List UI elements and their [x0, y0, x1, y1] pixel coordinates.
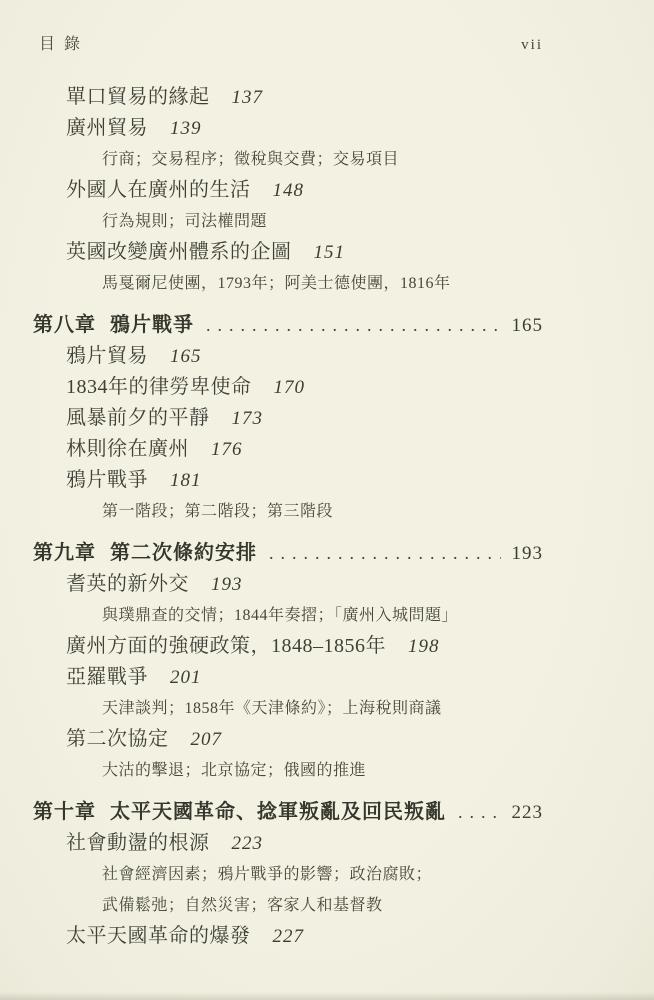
- toc-section-row: 鴉片貿易165: [33, 341, 543, 372]
- toc-subentry-row: 天津談判；1858年《天津條約》；上海稅則商議: [33, 693, 543, 724]
- entry-title: 行為規則；司法權問題: [102, 213, 267, 230]
- toc-section-row: 林則徐在廣州176: [33, 434, 543, 465]
- entry-title: 風暴前夕的平靜: [66, 407, 210, 429]
- chapter-page-number: 223: [509, 797, 543, 828]
- entry-title: 太平天國革命的爆發: [66, 925, 251, 947]
- entry-page-number: 173: [232, 408, 264, 429]
- chapter-title: 太平天國革命、捻軍叛亂及回民叛亂: [110, 797, 446, 828]
- toc-subentry-row: 與璞鼎查的交情；1844年奏摺；「廣州入城問題」: [33, 600, 543, 631]
- toc-list: 單口貿易的緣起137廣州貿易139行商；交易程序；徵稅與交費；交易項目外國人在廣…: [33, 82, 543, 952]
- chapter-page-number: 165: [509, 310, 543, 341]
- entry-title: 大沽的擊退；北京協定；俄國的推進: [102, 762, 366, 779]
- chapter-number-label: 第八章: [33, 310, 96, 341]
- toc-section-row: 鴉片戰爭181: [33, 465, 543, 496]
- dot-leader: ........................................…: [206, 310, 501, 341]
- entry-title: 鴉片貿易: [66, 345, 148, 367]
- entry-title: 廣州貿易: [66, 117, 148, 139]
- entry-page-number: 207: [191, 729, 223, 750]
- entry-title: 武備鬆弛；自然災害；客家人和基督教: [102, 897, 383, 914]
- chapter-title: 第二次條約安排: [110, 538, 257, 569]
- entry-page-number: 223: [232, 833, 264, 854]
- entry-title: 社會經濟因素；鴉片戰爭的影響；政治腐敗；: [102, 866, 432, 883]
- toc-section-row: 社會動盪的根源223: [33, 828, 543, 859]
- toc-subentry-row: 社會經濟因素；鴉片戰爭的影響；政治腐敗；: [33, 859, 543, 890]
- entry-page-number: 227: [273, 926, 305, 947]
- entry-title: 鴉片戰爭: [66, 469, 148, 491]
- running-header: 目錄 vii: [33, 34, 543, 56]
- toc-section-row: 太平天國革命的爆發227: [33, 921, 543, 952]
- toc-chapter-row: 第八章鴉片戰爭.................................…: [33, 310, 543, 341]
- toc-section-row: 風暴前夕的平靜173: [33, 403, 543, 434]
- entry-title: 外國人在廣州的生活: [66, 179, 251, 201]
- toc-subentry-row: 行商；交易程序；徵稅與交費；交易項目: [33, 144, 543, 175]
- entry-page-number: 151: [314, 242, 346, 263]
- entry-title: 第二次協定: [66, 728, 169, 750]
- toc-section-row: 廣州方面的強硬政策，1848–1856年198: [33, 631, 543, 662]
- folio-page-number: vii: [521, 34, 543, 56]
- entry-page-number: 176: [211, 439, 243, 460]
- toc-chapter-row: 第十章太平天國革命、捻軍叛亂及回民叛亂.....................…: [33, 797, 543, 828]
- running-header-title: 目錄: [39, 34, 89, 56]
- entry-title: 與璞鼎查的交情；1844年奏摺；「廣州入城問題」: [102, 607, 458, 624]
- entry-page-number: 181: [170, 470, 202, 491]
- entry-page-number: 139: [170, 118, 202, 139]
- toc-chapter-row: 第九章第二次條約安排..............................…: [33, 538, 543, 569]
- entry-title: 1834年的律勞卑使命: [66, 376, 252, 398]
- entry-title: 亞羅戰爭: [66, 666, 148, 688]
- entry-title: 廣州方面的強硬政策，1848–1856年: [66, 635, 386, 657]
- toc-section-row: 英國改變廣州體系的企圖151: [33, 237, 543, 268]
- toc-section-row: 耆英的新外交193: [33, 569, 543, 600]
- toc-section-row: 亞羅戰爭201: [33, 662, 543, 693]
- entry-page-number: 165: [170, 346, 202, 367]
- chapter-number-label: 第十章: [33, 797, 96, 828]
- entry-title: 馬戛爾尼使團，1793年；阿美士德使團，1816年: [102, 275, 451, 292]
- entry-page-number: 198: [408, 636, 440, 657]
- entry-title: 英國改變廣州體系的企圖: [66, 241, 292, 263]
- dot-leader: ........................................…: [458, 797, 501, 828]
- toc-subentry-row: 第一階段；第二階段；第三階段: [33, 496, 543, 527]
- entry-title: 社會動盪的根源: [66, 832, 210, 854]
- toc-section-row: 廣州貿易139: [33, 113, 543, 144]
- entry-title: 第一階段；第二階段；第三階段: [102, 503, 333, 520]
- toc-subentry-row: 馬戛爾尼使團，1793年；阿美士德使團，1816年: [33, 268, 543, 299]
- toc-section-row: 外國人在廣州的生活148: [33, 175, 543, 206]
- entry-page-number: 193: [211, 574, 243, 595]
- chapter-page-number: 193: [509, 538, 543, 569]
- entry-title: 天津談判；1858年《天津條約》；上海稅則商議: [102, 700, 442, 717]
- entry-page-number: 201: [170, 667, 202, 688]
- toc-subentry-row: 行為規則；司法權問題: [33, 206, 543, 237]
- chapter-title: 鴉片戰爭: [110, 310, 194, 341]
- toc-subentry-row: 武備鬆弛；自然災害；客家人和基督教: [33, 890, 543, 921]
- entry-page-number: 170: [274, 377, 306, 398]
- entry-page-number: 137: [232, 87, 264, 108]
- entry-title: 行商；交易程序；徵稅與交費；交易項目: [102, 151, 399, 168]
- toc-section-row: 1834年的律勞卑使命170: [33, 372, 543, 403]
- entry-title: 林則徐在廣州: [66, 438, 189, 460]
- book-page: 目錄 vii 單口貿易的緣起137廣州貿易139行商；交易程序；徵稅與交費；交易…: [0, 0, 654, 1000]
- dot-leader: ........................................…: [269, 538, 501, 569]
- toc-section-row: 單口貿易的緣起137: [33, 82, 543, 113]
- toc-section-row: 第二次協定207: [33, 724, 543, 755]
- entry-title: 單口貿易的緣起: [66, 86, 210, 108]
- toc-subentry-row: 大沽的擊退；北京協定；俄國的推進: [33, 755, 543, 786]
- entry-title: 耆英的新外交: [66, 573, 189, 595]
- chapter-number-label: 第九章: [33, 538, 96, 569]
- entry-page-number: 148: [273, 180, 305, 201]
